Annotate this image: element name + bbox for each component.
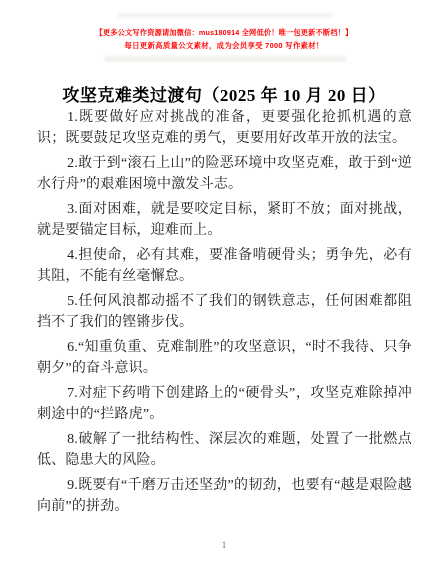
paragraph-6: 6.“知重负重、克难制胜”的攻坚意识，“时不我待、只争朝夕”的奋斗意识。	[37, 337, 412, 379]
page-title: 攻坚克难类过渡句（2025 年 10 月 20 日）	[0, 81, 448, 106]
paragraph-7: 7.对症下药啃下创建路上的“硬骨头”，攻坚克难除掉冲刺途中的“拦路虎”。	[37, 383, 412, 425]
ghost-watermark-bottom	[104, 56, 346, 62]
ghost-watermark-top	[118, 13, 332, 18]
page-number: 1	[0, 540, 448, 550]
paragraph-5: 5.任何风浪都动摇不了我们的钢铁意志，任何困难都阻挡不了我们的铿锵步伐。	[37, 291, 412, 333]
ad-line-1: 【更多公文写作资源请加微信：mus180914 全网低价！唯一包更新不断档！】	[0, 26, 448, 39]
ad-header: 【更多公文写作资源请加微信：mus180914 全网低价！唯一包更新不断档！】 …	[0, 26, 448, 52]
paragraph-4: 4.担使命，必有其难，要准备啃硬骨头；勇争先，必有其阻，不能有丝毫懈怠。	[37, 245, 412, 287]
document-page: 【更多公文写作资源请加微信：mus180914 全网低价！唯一包更新不断档！】 …	[0, 0, 448, 580]
paragraph-3: 3.面对困难，就是要咬定目标，紧盯不放；面对挑战，就是要锚定目标，迎难而上。	[37, 199, 412, 241]
paragraph-9: 9.既要有“千磨万击还坚劲”的韧劲，也要有“越是艰险越向前”的拼劲。	[37, 475, 412, 517]
ad-line-2: 每日更新高质量公文素材，成为会员享受 7000 写作素材！	[0, 39, 448, 52]
document-body: 1.既要做好应对挑战的准备，更要强化抢抓机遇的意识；既要鼓足攻坚克难的勇气，更要…	[37, 107, 412, 521]
paragraph-8: 8.破解了一批结构性、深层次的难题，处置了一批燃点低、隐患大的风险。	[37, 429, 412, 471]
paragraph-2: 2.敢于到“滚石上山”的险恶环境中攻坚克难，敢于到“逆水行舟”的艰难困境中激发斗…	[37, 153, 412, 195]
paragraph-1: 1.既要做好应对挑战的准备，更要强化抢抓机遇的意识；既要鼓足攻坚克难的勇气，更要…	[37, 107, 412, 149]
